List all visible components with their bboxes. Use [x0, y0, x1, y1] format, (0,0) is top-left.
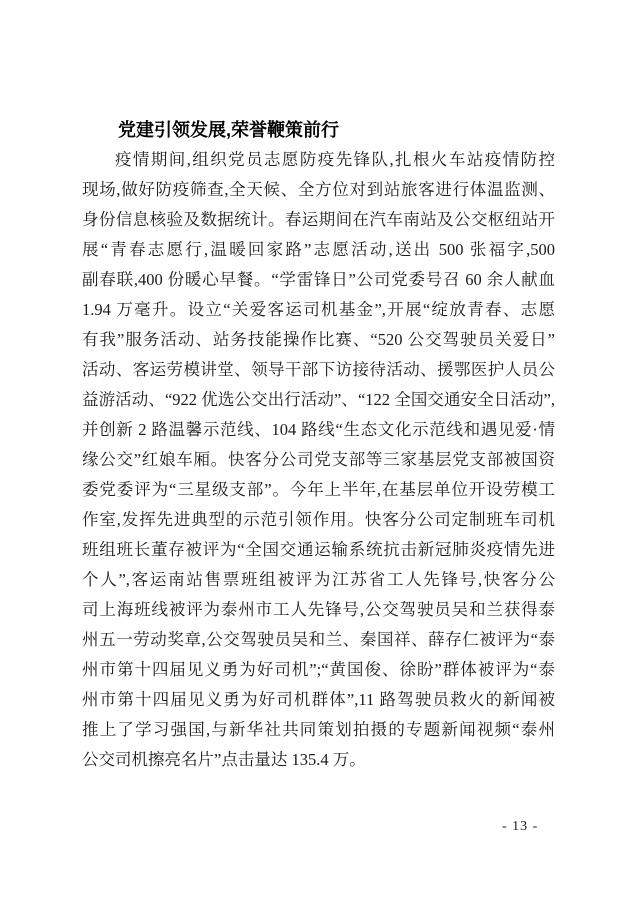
text-line: 身份信息核验及数据统计。春运期间在汽车南站及公交枢纽站开 [82, 205, 555, 235]
text-line: 疫情期间,组织党员志愿防疫先锋队,扎根火车站疫情防控 [82, 145, 555, 175]
text-line: 活动、客运劳模讲堂、领导干部下访接待活动、援鄂医护人员公 [82, 355, 555, 385]
text-line: 州市第十四届见义勇为好司机群体”,11 路驾驶员救火的新闻被 [82, 685, 555, 715]
text-line: 个人”,客运南站售票班组被评为江苏省工人先锋号,快客分公 [82, 565, 555, 595]
document-page: 党建引领发展,荣誉鞭策前行 疫情期间,组织党员志愿防疫先锋队,扎根火车站疫情防控… [0, 0, 636, 900]
page-number: - 13 - [502, 819, 538, 835]
text-line: 1.94 万毫升。设立“关爱客运司机基金”,开展“绽放青春、志愿 [82, 295, 555, 325]
text-line: 展“青春志愿行,温暖回家路”志愿活动,送出 500 张福字,500 [82, 235, 555, 265]
text-line: 有我”服务活动、站务技能操作比赛、“520 公交驾驶员关爱日” [82, 325, 555, 355]
text-line: 公交司机擦亮名片”点击量达 135.4 万。 [82, 745, 555, 775]
text-line: 副春联,400 份暖心早餐。“学雷锋日”公司党委号召 60 余人献血 [82, 265, 555, 295]
text-line: 缘公交”红娘车厢。快客分公司党支部等三家基层党支部被国资 [82, 445, 555, 475]
text-line: 班组班长董存被评为“全国交通运输系统抗击新冠肺炎疫情先进 [82, 535, 555, 565]
text-line: 并创新 2 路温馨示范线、104 路线“生态文化示范线和遇见爱·情 [82, 415, 555, 445]
text-line: 现场,做好防疫筛查,全天候、全方位对到站旅客进行体温监测、 [82, 175, 555, 205]
text-line: 益游活动、“922 优选公交出行活动”、“122 全国交通安全日活动”, [82, 385, 555, 415]
document-content: 党建引领发展,荣誉鞭策前行 疫情期间,组织党员志愿防疫先锋队,扎根火车站疫情防控… [82, 115, 555, 775]
text-line: 州市第十四届见义勇为好司机”;“黄国俊、徐盼”群体被评为“泰 [82, 655, 555, 685]
text-line: 推上了学习强国,与新华社共同策划拍摄的专题新闻视频“泰州 [82, 715, 555, 745]
text-line: 州五一劳动奖章,公交驾驶员吴和兰、秦国祥、薛存仁被评为“泰 [82, 625, 555, 655]
text-line: 作室,发挥先进典型的示范引领作用。快客分公司定制班车司机 [82, 505, 555, 535]
body-paragraph: 疫情期间,组织党员志愿防疫先锋队,扎根火车站疫情防控现场,做好防疫筛查,全天候、… [82, 145, 555, 775]
section-heading: 党建引领发展,荣誉鞭策前行 [82, 115, 555, 145]
text-line: 委党委评为“三星级支部”。今年上半年,在基层单位开设劳模工 [82, 475, 555, 505]
text-line: 司上海班线被评为泰州市工人先锋号,公交驾驶员吴和兰获得泰 [82, 595, 555, 625]
